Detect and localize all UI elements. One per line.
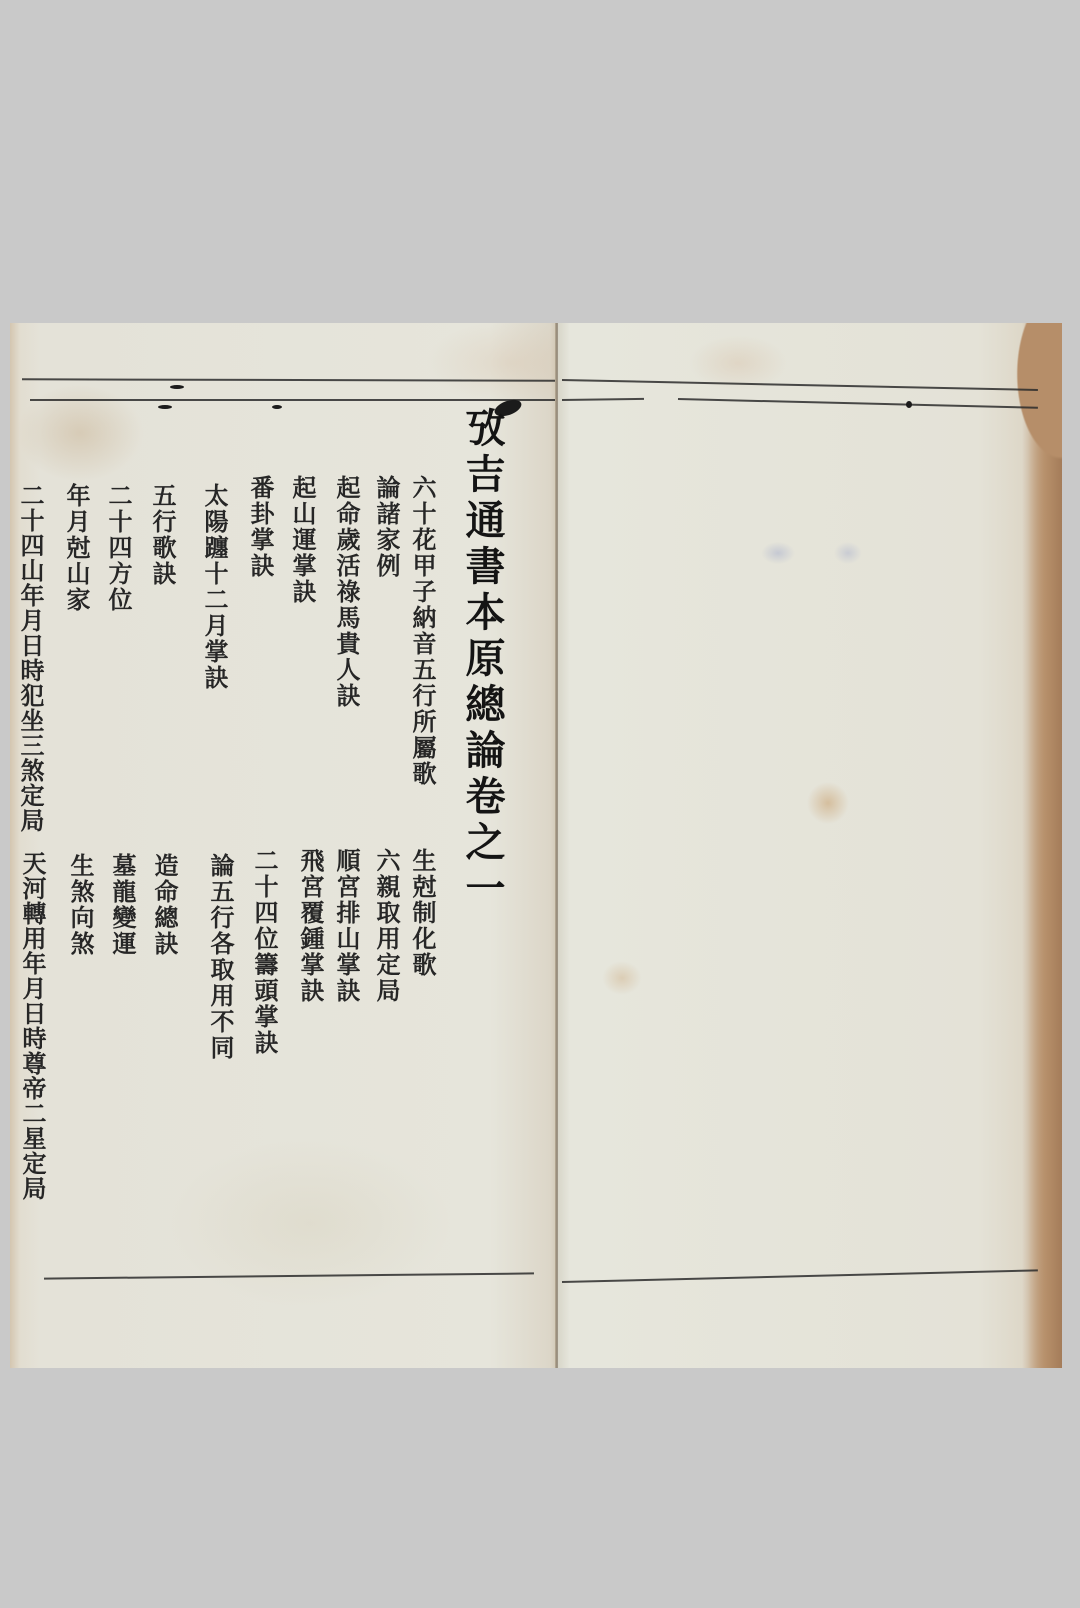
top-border-rule-outer: [562, 379, 1038, 391]
toc-entry: 順宮排山掌訣: [332, 848, 360, 1004]
toc-entry: 生煞向煞: [66, 853, 94, 957]
toc-entry: 起命歲活祿馬貴人訣: [332, 475, 360, 709]
toc-entry: 太陽躔十二月掌訣: [200, 483, 228, 691]
toc-entry: 起山運掌訣: [288, 475, 316, 605]
ink-mark: [906, 401, 912, 408]
left-page: 攷吉通書本原總論卷之一 六十花甲子納音五行所屬歌 生尅制化歌 論諸家例 六親取用…: [10, 323, 558, 1368]
top-border-rule-outer: [22, 378, 558, 381]
bottom-border-rule: [44, 1272, 534, 1279]
toc-entry: 六十花甲子納音五行所屬歌: [408, 475, 436, 787]
ink-mark: [170, 385, 184, 389]
toc-entry: 番卦掌訣: [246, 475, 274, 579]
ink-mark: [158, 405, 172, 409]
toc-entry: 六親取用定局: [372, 848, 400, 1004]
toc-entry: 造命總訣: [150, 853, 178, 957]
toc-entry: 論五行各取用不同: [206, 853, 234, 1061]
bottom-border-rule: [562, 1269, 1038, 1283]
toc-entry: 天河轉用年月日時尊帝二星定局: [18, 851, 46, 1201]
toc-entry: 年月尅山家: [62, 483, 90, 613]
book-title: 攷吉通書本原總論卷之一: [454, 407, 511, 1047]
toc-entry: 論諸家例: [372, 475, 400, 579]
right-page: [558, 323, 1062, 1368]
toc-entry: 二十四位籌頭掌訣: [250, 848, 278, 1056]
toc-entry: 飛宮覆鍾掌訣: [296, 848, 324, 1004]
top-border-rule-inner-left: [562, 398, 644, 401]
toc-entry: 墓龍變運: [108, 853, 136, 957]
toc-entry: 二十四方位: [104, 483, 132, 613]
ink-mark: [272, 405, 282, 409]
toc-entry: 二十四山年月日時犯坐三煞定局: [16, 483, 44, 833]
toc-entry: 五行歌訣: [148, 483, 176, 587]
toc-entry: 生尅制化歌: [408, 848, 436, 978]
open-book: 攷吉通書本原總論卷之一 六十花甲子納音五行所屬歌 生尅制化歌 論諸家例 六親取用…: [10, 323, 1062, 1368]
top-border-rule-inner: [30, 399, 558, 401]
